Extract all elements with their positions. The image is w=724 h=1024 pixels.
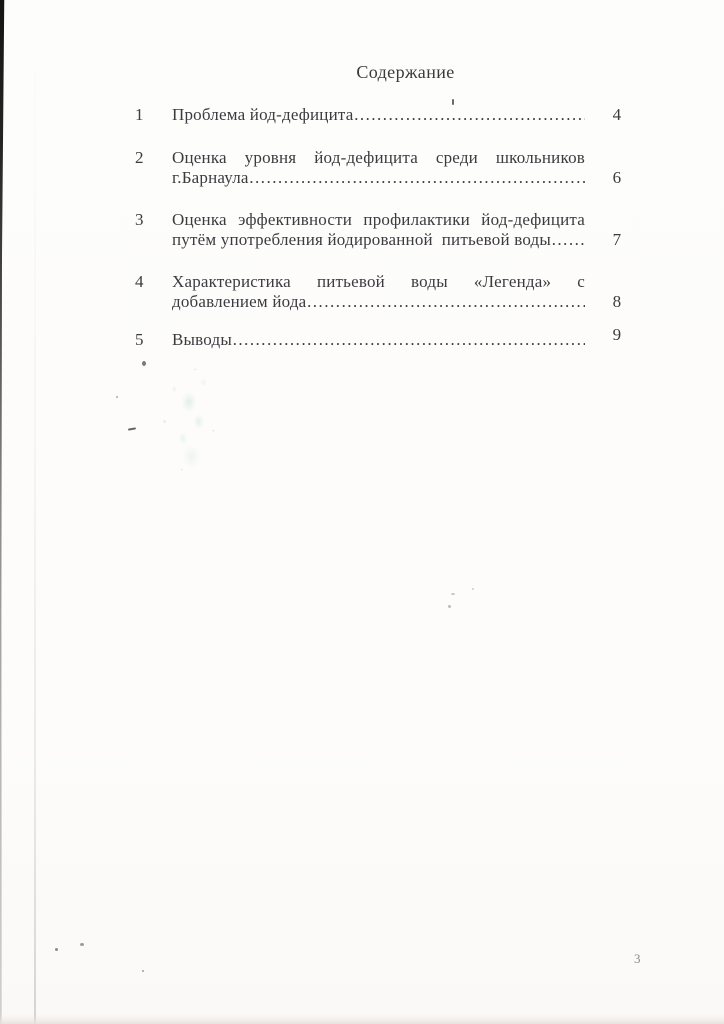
entry-page-number: 9 (602, 325, 632, 345)
entry-line: Оценка уровня йод-дефицита среди школьни… (172, 148, 585, 168)
toc-entry-5: 5 Выводы……………………………………………………………………………… 9 (135, 330, 724, 350)
entry-number: 3 (135, 210, 172, 230)
entry-text: Проблема йод-дефицита…………………………………………………… (172, 105, 585, 125)
scan-speck (80, 943, 84, 946)
table-of-contents: Содержание 1 Проблема йод-дефицита………………… (0, 0, 724, 350)
entry-text: Выводы……………………………………………………………………………… (172, 330, 585, 350)
scan-speck (142, 361, 146, 366)
entry-page-column: 8 (602, 272, 632, 312)
entry-line: г.Барнаула………………………………………………………………………….. (172, 168, 585, 188)
scanned-page: Содержание 1 Проблема йод-дефицита………………… (0, 0, 724, 1024)
entry-text: Оценка эффективности профилактики йод-де… (172, 210, 585, 250)
entry-page-number: 6 (602, 168, 632, 188)
entry-text: Оценка уровня йод-дефицита среди школьни… (172, 148, 585, 188)
entry-number: 1 (135, 105, 172, 125)
entry-page-column: 7 (602, 210, 632, 250)
scan-speck (55, 948, 58, 951)
entry-line: Выводы……………………………………………………………………………… (172, 330, 585, 350)
entry-line: добавлением йода………………………………………………………………… (172, 292, 585, 312)
scan-speck (116, 396, 118, 398)
scan-speck (472, 588, 474, 590)
toc-entry-2: 2 Оценка уровня йод-дефицита среди школь… (135, 148, 724, 188)
scan-speck (448, 605, 451, 608)
entry-page-number: 4 (602, 105, 632, 125)
entry-page-column: 6 (602, 148, 632, 188)
entry-number: 5 (135, 330, 172, 350)
entry-text: Характеристика питьевой воды «Легенда» с… (172, 272, 585, 312)
entry-line: путём употребления йодированной питьевой… (172, 230, 585, 250)
entry-line: Проблема йод-дефицита…………………………………………………… (172, 105, 585, 125)
entry-number: 4 (135, 272, 172, 292)
entry-line: Оценка эффективности профилактики йод-де… (172, 210, 585, 230)
scan-speck (128, 427, 136, 430)
page-title: Содержание (111, 62, 700, 82)
ink-smudge (128, 350, 250, 480)
entry-page-number: 7 (602, 230, 632, 250)
entry-page-number: 8 (602, 292, 632, 312)
toc-entry-1: 1 Проблема йод-дефицита……………………………………………… (135, 105, 724, 125)
footer-page-number: 3 (634, 951, 641, 967)
entry-page-column: 9 (602, 330, 632, 350)
scan-edge-bottom (0, 1014, 724, 1024)
entry-page-column: 4 (602, 105, 632, 125)
scan-speck (451, 593, 455, 595)
scan-speck (142, 970, 144, 972)
entry-line: Характеристика питьевой воды «Легенда» с (172, 272, 585, 292)
toc-entry-4: 4 Характеристика питьевой воды «Легенда»… (135, 272, 724, 312)
toc-entry-3: 3 Оценка эффективности профилактики йод-… (135, 210, 724, 250)
entry-number: 2 (135, 148, 172, 168)
